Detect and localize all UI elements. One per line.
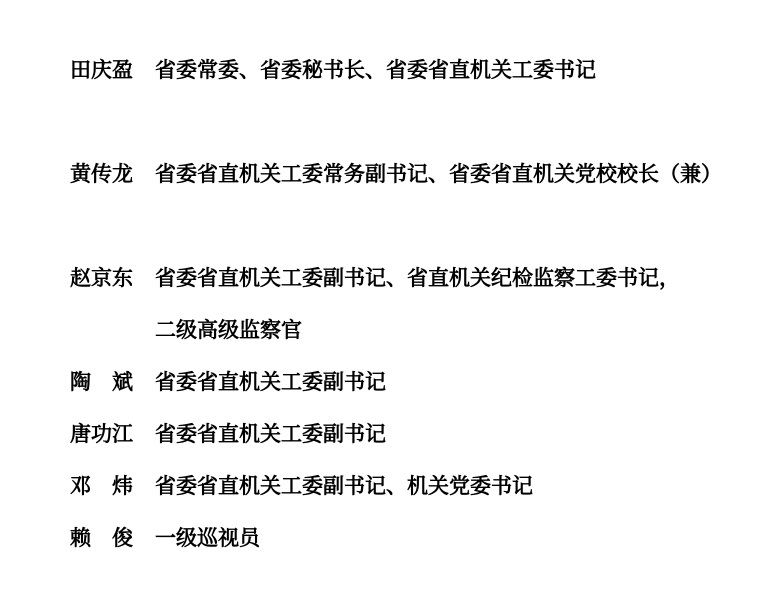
position-text: 省委省直机关工委常务副书记、省委省直机关党校校长（兼）	[155, 148, 758, 200]
roster-line-continuation: 二级高级监察官	[70, 304, 758, 356]
person-name: 田庆盈	[70, 44, 155, 96]
person-name: 赖 俊	[70, 512, 155, 564]
roster-line: 唐功江 省委省直机关工委副书记	[70, 408, 758, 460]
position-text: 省委省直机关工委副书记、省直机关纪检监察工委书记，	[155, 252, 758, 304]
roster-line: 赵京东 省委省直机关工委副书记、省直机关纪检监察工委书记，	[70, 252, 758, 304]
position-text: 二级高级监察官	[155, 304, 758, 356]
document-page: 田庆盈 省委常委、省委秘书长、省委省直机关工委书记 黄传龙 省委省直机关工委常务…	[0, 0, 768, 597]
roster-line: 陶 斌 省委省直机关工委副书记	[70, 356, 758, 408]
blank-line	[70, 200, 758, 252]
position-text: 省委常委、省委秘书长、省委省直机关工委书记	[155, 44, 758, 96]
person-name: 陶 斌	[70, 356, 155, 408]
roster-line: 邓 炜 省委省直机关工委副书记、机关党委书记	[70, 460, 758, 512]
position-text: 省委省直机关工委副书记、机关党委书记	[155, 460, 758, 512]
roster-line: 黄传龙 省委省直机关工委常务副书记、省委省直机关党校校长（兼）	[70, 148, 758, 200]
position-text: 一级巡视员	[155, 512, 758, 564]
person-name: 邓 炜	[70, 460, 155, 512]
roster-line: 赖 俊 一级巡视员	[70, 512, 758, 564]
person-name: 黄传龙	[70, 148, 155, 200]
position-text: 省委省直机关工委副书记	[155, 356, 758, 408]
person-name: 赵京东	[70, 252, 155, 304]
roster-line: 田庆盈 省委常委、省委秘书长、省委省直机关工委书记	[70, 44, 758, 96]
position-text: 省委省直机关工委副书记	[155, 408, 758, 460]
blank-line	[70, 96, 758, 148]
person-name: 唐功江	[70, 408, 155, 460]
